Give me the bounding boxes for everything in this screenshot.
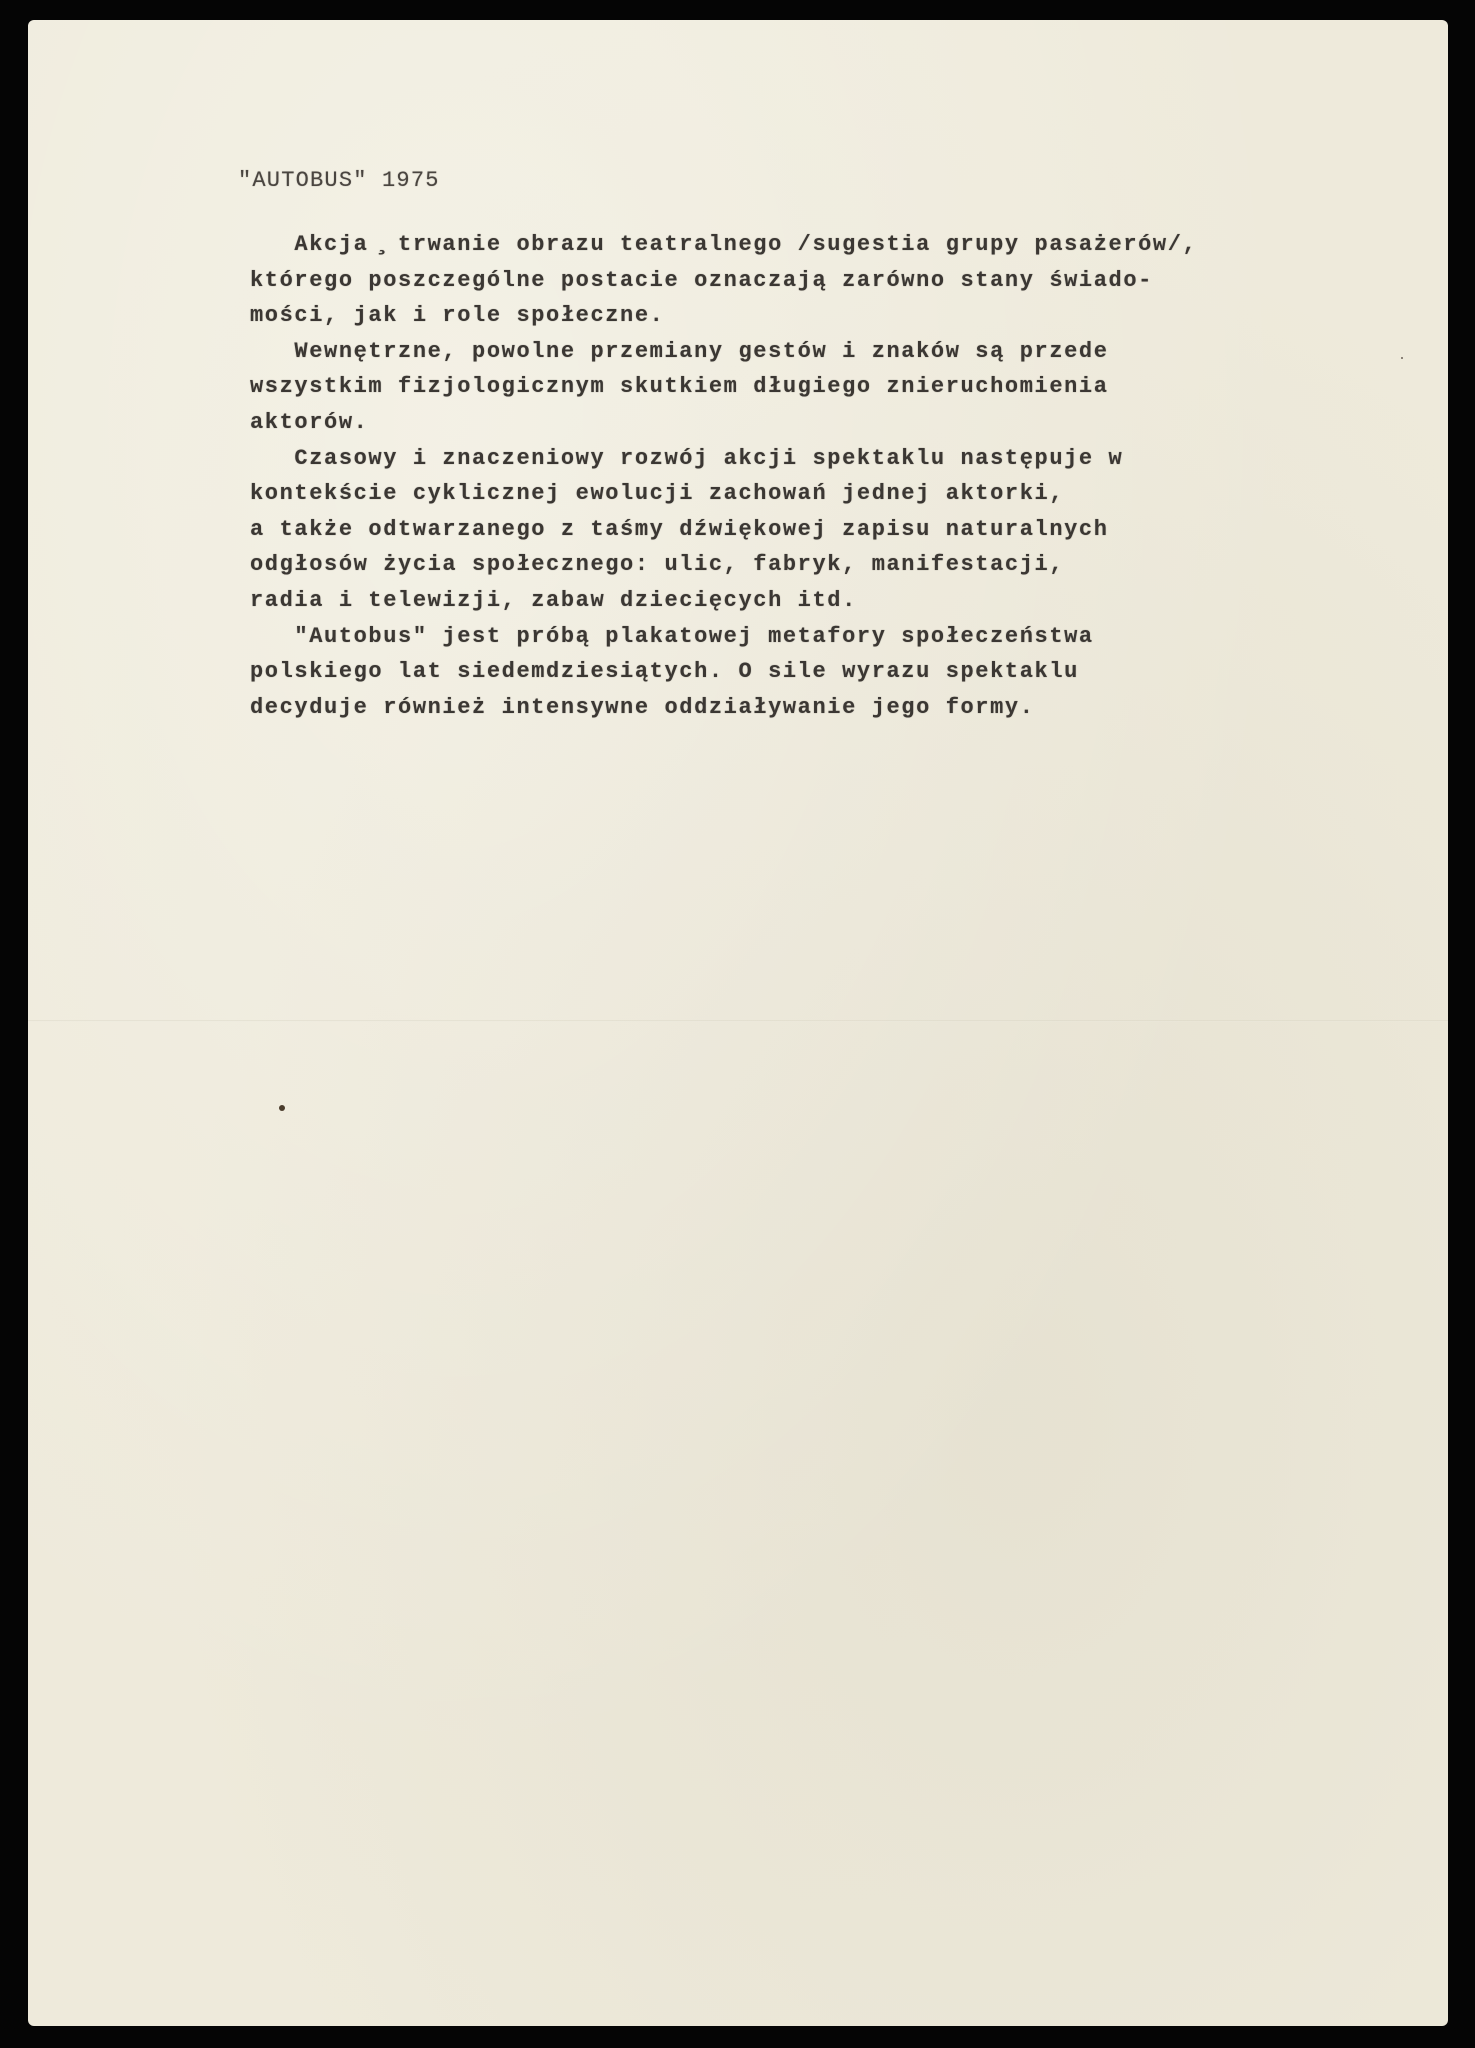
document-title: "AUTOBUS" 1975 bbox=[238, 168, 440, 193]
text-line: aktorów. bbox=[250, 410, 368, 435]
text-line: mości, jak i role społeczne. bbox=[250, 303, 664, 328]
text-line: Czasowy i znaczeniowy rozwój akcji spekt… bbox=[250, 446, 1123, 471]
paper-fold-line bbox=[28, 1020, 1448, 1022]
paper-speck bbox=[1401, 357, 1403, 359]
text-line: polskiego lat siedemdziesiątych. O sile … bbox=[250, 659, 1079, 684]
text-line: decyduje również intensywne oddziaływani… bbox=[250, 695, 1035, 720]
text-line: którego poszczególne postacie oznaczają … bbox=[250, 268, 1153, 293]
text-line: Wewnętrzne, powolne przemiany gestów i z… bbox=[250, 339, 1109, 364]
text-line: odgłosów życia społecznego: ulic, fabryk… bbox=[250, 552, 1064, 577]
text-line: a także odtwarzanego z taśmy dźwiękowej … bbox=[250, 517, 1109, 542]
text-line: Akcja ̧ trwanie obrazu teatralnego /suge… bbox=[250, 232, 1197, 257]
text-line: kontekście cyklicznej ewolucji zachowań … bbox=[250, 481, 1064, 506]
typewritten-page bbox=[28, 20, 1448, 2026]
ink-spot bbox=[279, 1105, 285, 1111]
text-line: wszystkim fizjologicznym skutkiem długie… bbox=[250, 374, 1109, 399]
text-line: radia i telewizji, zabaw dziecięcych itd… bbox=[250, 588, 857, 613]
text-line: "Autobus" jest próbą plakatowej metafory… bbox=[250, 624, 1094, 649]
